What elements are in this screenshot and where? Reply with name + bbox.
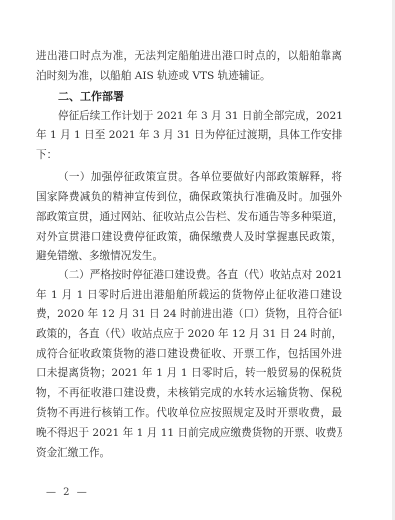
- item-2-line: 口未提离货物；2021 年 1 月 1 日零时后，转一般贸易的保税货: [36, 364, 342, 382]
- item-2-line: 政策的，各直（代）收站点应于 2020 年 12 月 31 日 24 时前，完: [36, 325, 342, 343]
- item-1-line: 部政策宣贯，通过网站、征收站点公告栏、发布通告等多种渠道，: [36, 208, 342, 226]
- item-2-line: 物，不再征收港口建设费，未核销完成的水转水运输货物、保税: [36, 384, 342, 402]
- paragraph-line: 停征后续工作计划于 2021 年 3 月 31 日前全部完成，2021: [58, 107, 342, 125]
- item-2-line: 货物不再进行核销工作。代收单位应按照规定及时开票收费，最: [36, 404, 342, 422]
- body-line: 泊时刻为准，以船舶 AIS 轨迹或 VTS 轨迹辅证。: [36, 67, 342, 85]
- item-1-line: 避免错缴、多缴情况发生。: [36, 247, 342, 265]
- item-2-line: 成符合征收政策货物的港口建设费征收、开票工作，包括国外进: [36, 345, 342, 363]
- document-page: 进出港口时点为准，无法判定船舶进出港口时点的，以船舶靠离 泊时刻为准，以船舶 A…: [0, 0, 392, 520]
- page-number: — 2 —: [46, 487, 89, 498]
- item-2-line: 晚不得迟于 2021 年 1 月 11 日前完成应缴费货物的开票、收费及: [36, 424, 342, 442]
- item-2-line: 费，2020 年 12 月 31 日 24 时前进出港（口）货物，且符合征收: [36, 305, 342, 323]
- section-heading: 二、工作部署: [58, 88, 124, 106]
- item-1-line: （一）加强停征政策宣贯。各单位要做好内部政策解释，将: [58, 168, 342, 186]
- item-1-line: 国家降费减负的精神宣传到位，确保政策执行准确及时。加强外: [36, 188, 342, 206]
- item-2-line: 资金汇缴工作。: [36, 444, 342, 462]
- item-2-line: 年 1 月 1 日零时后进出港船舶所载运的货物停止征收港口建设: [36, 286, 342, 304]
- paragraph-line: 年 1 月 1 日至 2021 年 3 月 31 日为停征过渡期，具体工作安排如: [36, 126, 342, 144]
- item-1-line: 对外宣贯港口建设费停征政策，确保缴费人及时掌握惠民政策，: [36, 228, 342, 246]
- body-line: 进出港口时点为准，无法判定船舶进出港口时点的，以船舶靠离: [36, 47, 342, 65]
- paragraph-line: 下：: [36, 146, 342, 164]
- item-2-line: （二）严格按时停征港口建设费。各直（代）收站点对 2021: [58, 266, 342, 284]
